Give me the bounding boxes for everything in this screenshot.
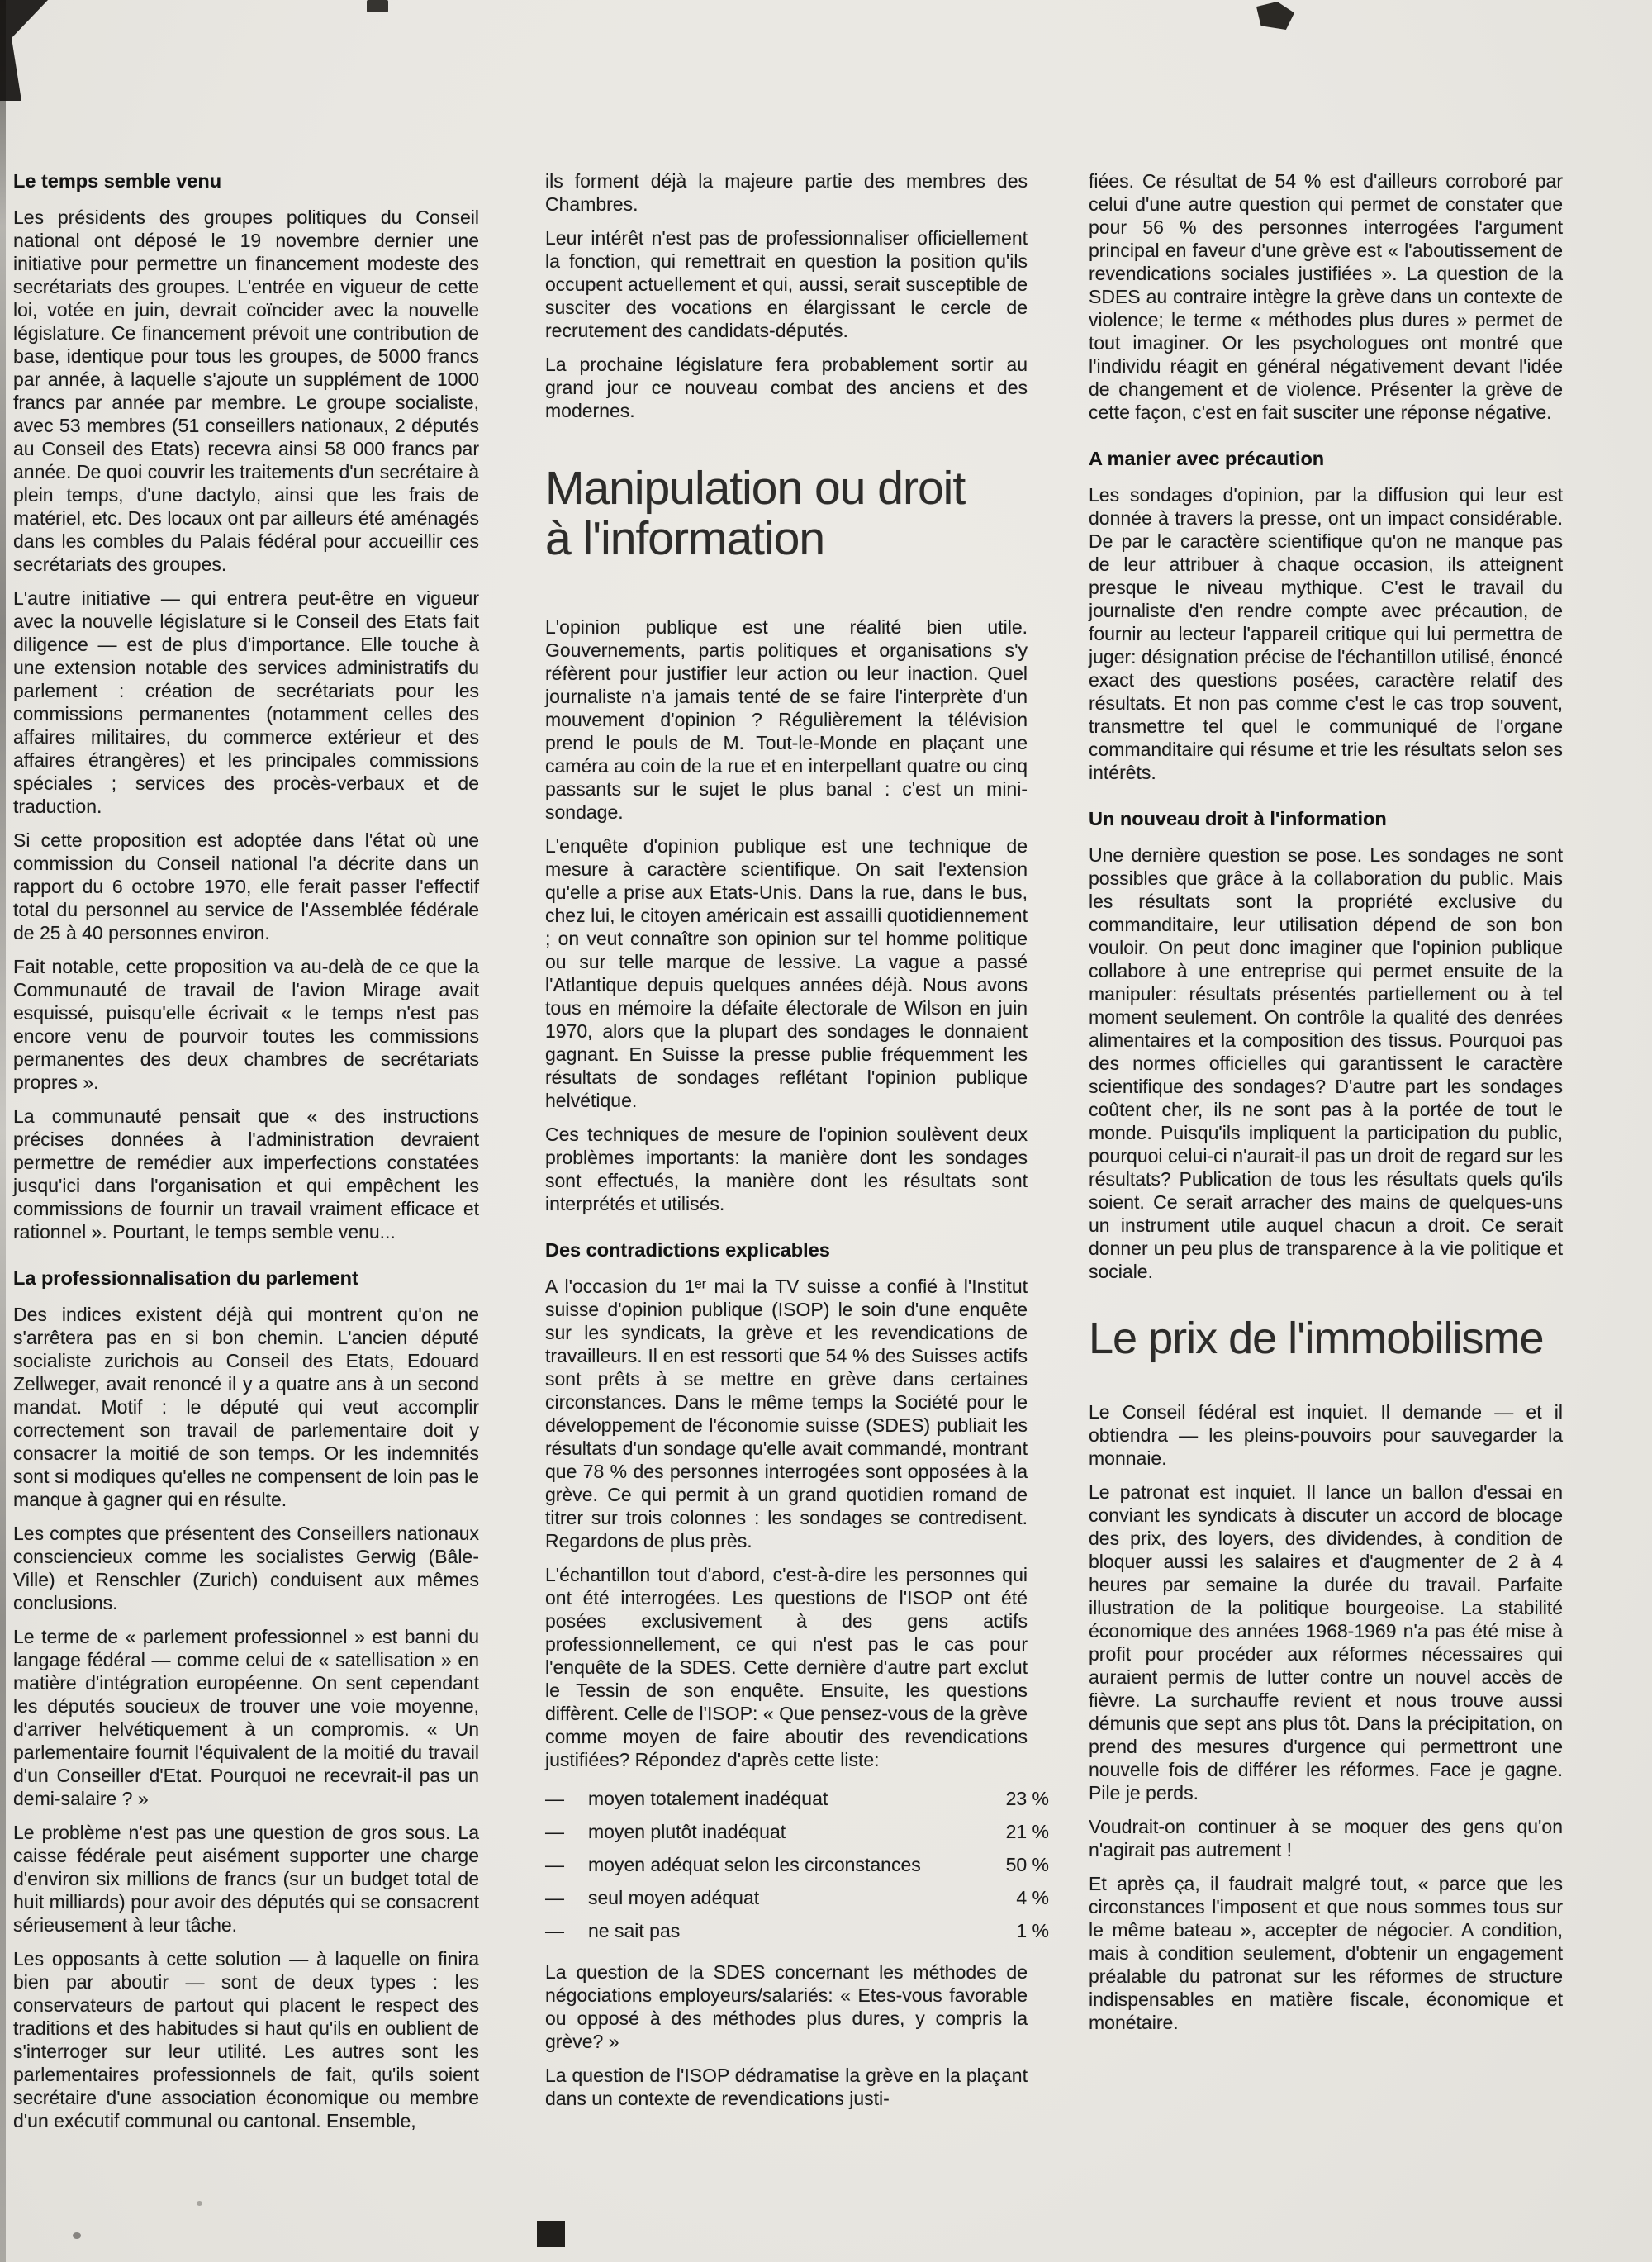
paragraph: Fait notable, cette proposition va au-de… — [13, 955, 479, 1094]
headline-line: Le prix de l'immobilisme — [1089, 1314, 1563, 1362]
scan-artifact-top-mark — [1256, 2, 1294, 30]
survey-value: 50 % — [1006, 1854, 1049, 1876]
survey-results-list: — moyen totalement inadéquat 23 % — moye… — [545, 1782, 1049, 1947]
paragraph: Leur intérêt n'est pas de professionnali… — [545, 226, 1028, 342]
paragraph: Les sondages d'opinion, par la diffusion… — [1089, 483, 1563, 784]
paragraph: Les opposants à cette solution — à laque… — [13, 1947, 479, 2132]
scan-artifact-speck — [73, 2232, 81, 2239]
survey-dash: — — [545, 1821, 588, 1843]
scan-artifact-speck — [197, 2201, 202, 2206]
paragraph: Le Conseil fédéral est inquiet. Il deman… — [1089, 1400, 1563, 1470]
column-3: fiées. Ce résultat de 54 % est d'ailleur… — [1089, 169, 1563, 2045]
survey-dash: — — [545, 1788, 588, 1810]
paragraph: Le problème n'est pas une question de gr… — [13, 1821, 479, 1936]
paragraph: La prochaine législature fera probableme… — [545, 353, 1028, 422]
section-heading-professionnalisation: La professionnalisation du parlement — [13, 1266, 479, 1290]
scan-artifact-bottom-square — [537, 2221, 565, 2247]
paragraph: La question de la SDES concernant les mé… — [545, 1960, 1028, 2053]
survey-dash: — — [545, 1887, 588, 1909]
survey-value: 21 % — [1006, 1821, 1049, 1843]
paragraph: Le terme de « parlement professionnel » … — [13, 1625, 479, 1810]
section-heading-contradictions: Des contradictions explicables — [545, 1238, 1028, 1262]
scan-artifact-left-edge — [0, 0, 6, 2262]
paragraph: Les comptes que présentent des Conseille… — [13, 1522, 479, 1614]
paragraph: fiées. Ce résultat de 54 % est d'ailleur… — [1089, 169, 1563, 424]
paragraph: Le patronat est inquiet. Il lance un bal… — [1089, 1480, 1563, 1804]
survey-label: moyen plutôt inadéquat — [588, 1821, 786, 1843]
survey-value: 4 % — [1016, 1887, 1049, 1909]
article-headline-immobilisme: Le prix de l'immobilisme — [1089, 1314, 1563, 1362]
paragraph: La question de l'ISOP dédramatise la grè… — [545, 2064, 1028, 2110]
section-heading-nouveau-droit: Un nouveau droit à l'information — [1089, 807, 1563, 830]
survey-row: — moyen plutôt inadéquat 21 % — [545, 1815, 1049, 1848]
section-heading-temps-semble-venu: Le temps semble venu — [13, 169, 479, 192]
headline-line: à l'information — [545, 514, 1028, 564]
paragraph: La communauté pensait que « des instruct… — [13, 1105, 479, 1243]
paragraph: Ces techniques de mesure de l'opinion so… — [545, 1123, 1028, 1215]
paragraph: Une dernière question se pose. Les sonda… — [1089, 843, 1563, 1283]
survey-dash: — — [545, 1920, 588, 1942]
survey-row: — seul moyen adéquat 4 % — [545, 1881, 1049, 1914]
column-2: ils forment déjà la majeure partie des m… — [545, 169, 1028, 2121]
survey-value: 23 % — [1006, 1788, 1049, 1810]
paragraph: Les présidents des groupes politiques du… — [13, 206, 479, 576]
paragraph: L'échantillon tout d'abord, c'est-à-dire… — [545, 1563, 1028, 1771]
scan-artifact-corner-blob — [0, 0, 48, 101]
survey-row: — moyen adéquat selon les circonstances … — [545, 1848, 1049, 1881]
paragraph: A l'occasion du 1ᵉʳ mai la TV suisse a c… — [545, 1275, 1028, 1552]
survey-value: 1 % — [1016, 1920, 1049, 1942]
survey-label: ne sait pas — [588, 1920, 680, 1942]
paragraph: L'enquête d'opinion publique est une tec… — [545, 834, 1028, 1112]
column-1: Le temps semble venu Les présidents des … — [13, 169, 479, 2143]
paragraph: L'autre initiative — qui entrera peut-êt… — [13, 587, 479, 818]
paragraph: Voudrait-on continuer à se moquer des ge… — [1089, 1815, 1563, 1861]
paragraph: Des indices existent déjà qui montrent q… — [13, 1303, 479, 1511]
paragraph: Si cette proposition est adoptée dans l'… — [13, 829, 479, 944]
newspaper-page: Le temps semble venu Les présidents des … — [0, 0, 1652, 2262]
scan-artifact-top-dash — [367, 0, 388, 12]
headline-line: Manipulation ou droit — [545, 463, 1028, 514]
survey-row: — moyen totalement inadéquat 23 % — [545, 1782, 1049, 1815]
survey-label: seul moyen adéquat — [588, 1887, 759, 1909]
paragraph: Et après ça, il faudrait malgré tout, « … — [1089, 1872, 1563, 2034]
article-headline-manipulation: Manipulation ou droit à l'information — [545, 463, 1028, 564]
paragraph: L'opinion publique est une réalité bien … — [545, 615, 1028, 824]
survey-dash: — — [545, 1854, 588, 1876]
survey-row: — ne sait pas 1 % — [545, 1914, 1049, 1947]
section-heading-manier-precaution: A manier avec précaution — [1089, 447, 1563, 470]
paragraph: ils forment déjà la majeure partie des m… — [545, 169, 1028, 216]
survey-label: moyen adéquat selon les circonstances — [588, 1854, 921, 1876]
survey-label: moyen totalement inadéquat — [588, 1788, 828, 1810]
